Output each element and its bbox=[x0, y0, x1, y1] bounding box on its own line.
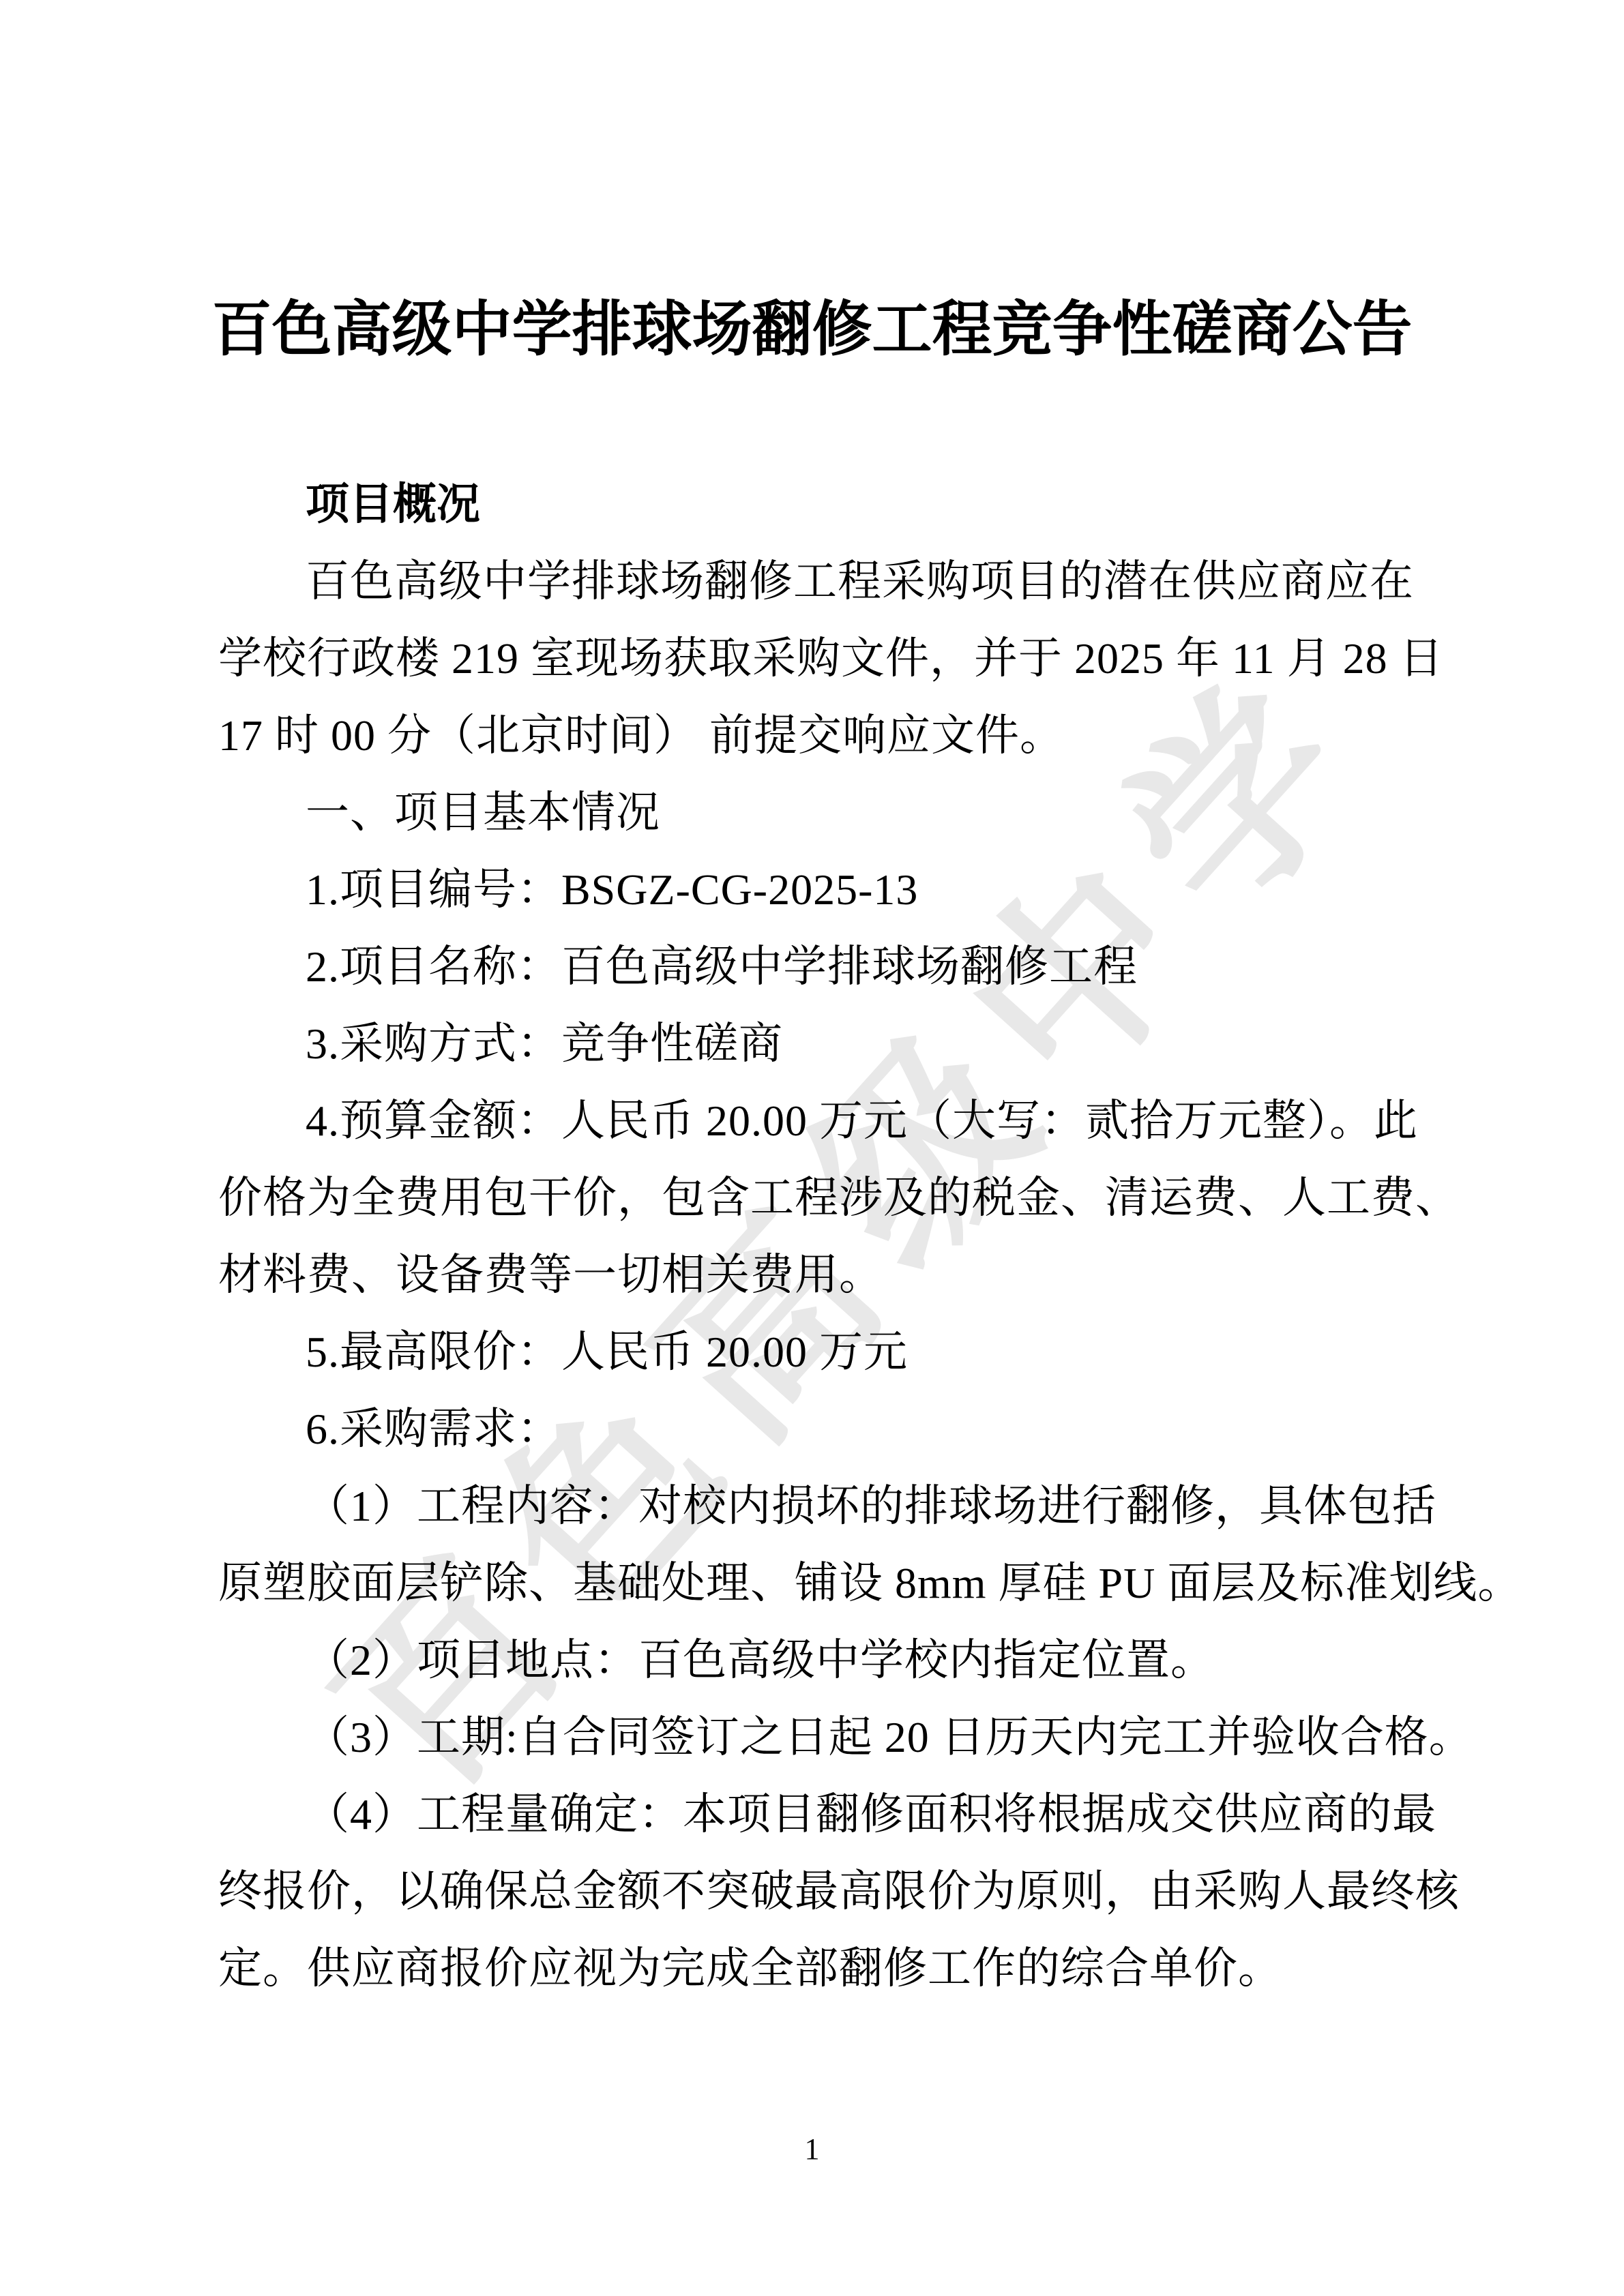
body-line-section-one-heading: 一、项目基本情况 bbox=[218, 774, 1426, 851]
body-line: 材料费、设备费等一切相关费用。 bbox=[218, 1236, 1426, 1313]
body-line-work-content: （1）工程内容：对校内损坏的排球场进行翻修，具体包括 bbox=[218, 1467, 1426, 1545]
body-line-construction-period: （3）工期:自合同签订之日起 20 日历天内完工并验收合格。 bbox=[218, 1699, 1426, 1776]
document-page: 百色高级中学 百色高级中学排球场翻修工程竞争性磋商公告 项目概况 百色高级中学排… bbox=[0, 0, 1624, 2296]
document-title: 百色高级中学排球场翻修工程竞争性磋商公告 bbox=[0, 290, 1624, 372]
body-line-project-number: 1.项目编号：BSGZ-CG-2025-13 bbox=[218, 851, 1426, 928]
body-line: 终报价，以确保总金额不突破最高限价为原则，由采购人最终核 bbox=[218, 1853, 1426, 1930]
section-heading-project-overview: 项目概况 bbox=[218, 466, 1426, 543]
body-line-procurement-method: 3.采购方式：竞争性磋商 bbox=[218, 1005, 1426, 1082]
body-line: 学校行政楼 219 室现场获取采购文件，并于 2025 年 11 月 28 日 bbox=[218, 620, 1426, 697]
body-line: 价格为全费用包干价，包含工程涉及的税金、清运费、人工费、 bbox=[218, 1159, 1426, 1236]
body-line: 原塑胶面层铲除、基础处理、铺设 8mm 厚硅 PU 面层及标准划线。 bbox=[218, 1545, 1426, 1622]
body-line-project-name: 2.项目名称：百色高级中学排球场翻修工程 bbox=[218, 928, 1426, 1005]
page-number: 1 bbox=[0, 2129, 1624, 2170]
body-line-price-ceiling: 5.最高限价：人民币 20.00 万元 bbox=[218, 1313, 1426, 1390]
body-line-project-location: （2）项目地点：百色高级中学校内指定位置。 bbox=[218, 1622, 1426, 1699]
body-line: 定。供应商报价应视为完成全部翻修工作的综合单价。 bbox=[218, 1930, 1426, 2007]
body-line: 17 时 00 分（北京时间） 前提交响应文件。 bbox=[218, 697, 1426, 774]
document-body: 项目概况 百色高级中学排球场翻修工程采购项目的潜在供应商应在 学校行政楼 219… bbox=[218, 466, 1426, 2007]
body-line: 百色高级中学排球场翻修工程采购项目的潜在供应商应在 bbox=[218, 543, 1426, 620]
body-line-budget: 4.预算金额：人民币 20.00 万元（大写：贰拾万元整）。此 bbox=[218, 1082, 1426, 1159]
body-line-procurement-demand: 6.采购需求： bbox=[218, 1390, 1426, 1467]
body-line-quantity-determination: （4）工程量确定：本项目翻修面积将根据成交供应商的最 bbox=[218, 1776, 1426, 1853]
